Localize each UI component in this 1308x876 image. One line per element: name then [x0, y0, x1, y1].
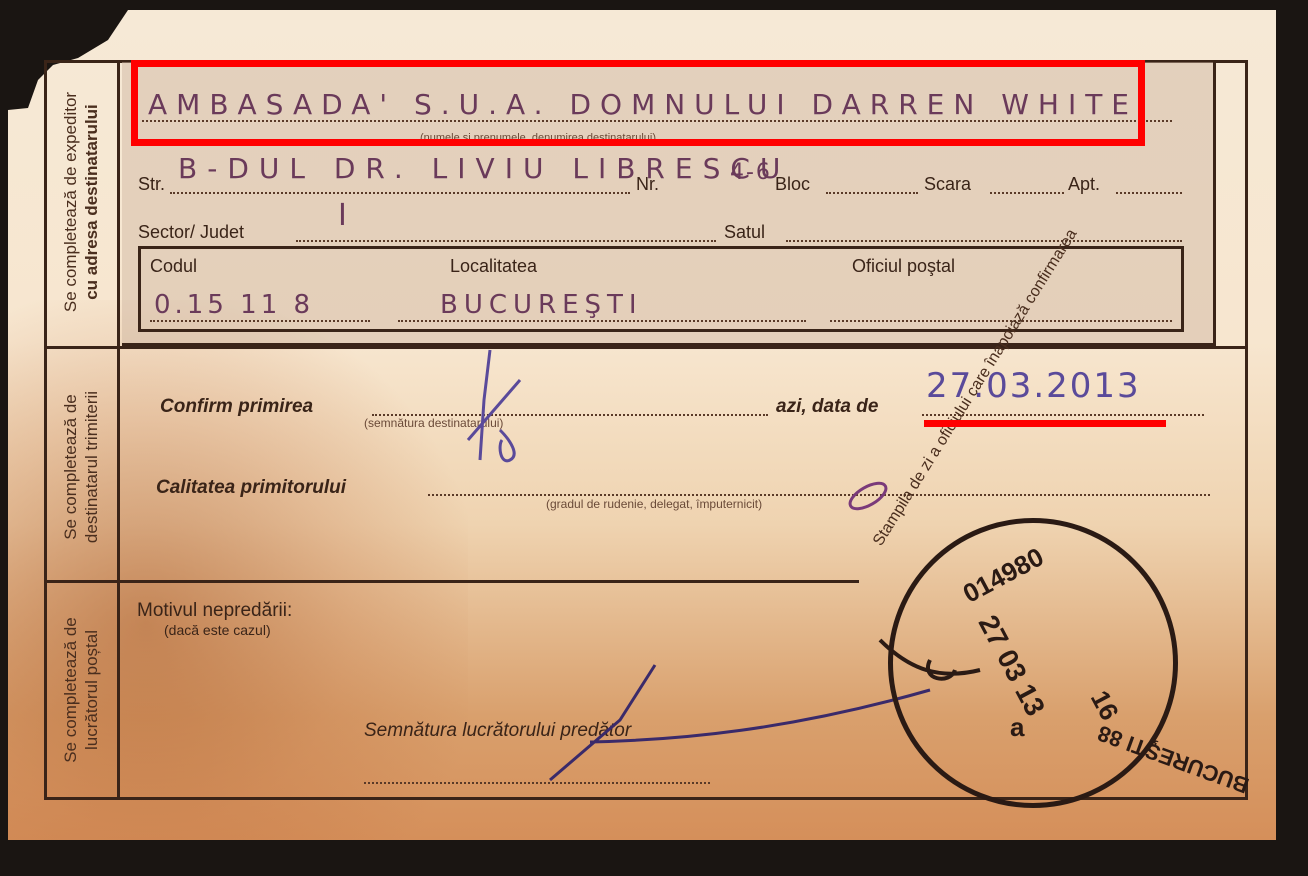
calitatea-hint: (gradul de rudenie, delegat, împuternici… — [546, 497, 762, 511]
satul-dotted-line — [786, 240, 1182, 242]
motiv-label: Motivul nepredării: — [137, 600, 292, 622]
localitatea-value: BUCUREŞTI — [440, 290, 643, 320]
nr-label: Nr. — [636, 174, 659, 195]
localitatea-dotted-line — [398, 320, 806, 322]
apt-dotted-line — [1116, 192, 1182, 194]
oficiul-dotted-line — [830, 320, 1172, 322]
stamp-swirl — [870, 630, 990, 690]
satul-label: Satul — [724, 222, 765, 243]
recipient-section-label: Se completează de destinatarul trimiteri… — [60, 362, 104, 572]
photo-scene: Se completează de expeditor cu adresa de… — [0, 0, 1308, 876]
codul-label: Codul — [150, 256, 197, 277]
sector-label: Sector/ Judet — [138, 222, 244, 243]
scara-dotted-line — [990, 192, 1064, 194]
confirm-label: Confirm primirea — [160, 396, 313, 418]
street-label: Str. — [138, 174, 165, 195]
codul-value: 0.15 11 8 — [154, 290, 314, 320]
recipient-signature — [440, 340, 540, 470]
bloc-label: Bloc — [775, 174, 810, 195]
section-divider-1 — [44, 346, 1248, 349]
sender-section-label: Se completează de expeditor cu adresa de… — [60, 52, 104, 352]
section-divider-2 — [44, 580, 859, 583]
sector-value: I — [338, 198, 355, 233]
apt-label: Apt. — [1068, 174, 1100, 195]
stamp-letter: a — [1010, 712, 1024, 743]
date-label: azi, data de — [776, 396, 878, 418]
localitatea-label: Localitatea — [450, 256, 537, 277]
name-highlight-box — [131, 60, 1145, 146]
motiv-hint: (dacă este cazul) — [164, 622, 271, 638]
street-dotted-line — [170, 192, 630, 194]
street-value: B-DUL DR. LIVIU LIBRESCU — [178, 152, 790, 185]
nr-value: 4-6 — [730, 160, 772, 185]
sector-dotted-line — [296, 240, 716, 242]
calitatea-label: Calitatea primitorului — [156, 477, 346, 499]
date-underline — [924, 420, 1166, 427]
codul-dotted-line — [150, 320, 370, 322]
scara-label: Scara — [924, 174, 971, 195]
section-divider-2-side — [44, 580, 122, 583]
bloc-dotted-line — [826, 192, 918, 194]
postal-section-label: Se completează de lucrătorul poștal — [60, 592, 104, 788]
oficiul-label: Oficiul poştal — [852, 256, 955, 277]
calitatea-dotted-line — [428, 494, 1210, 496]
